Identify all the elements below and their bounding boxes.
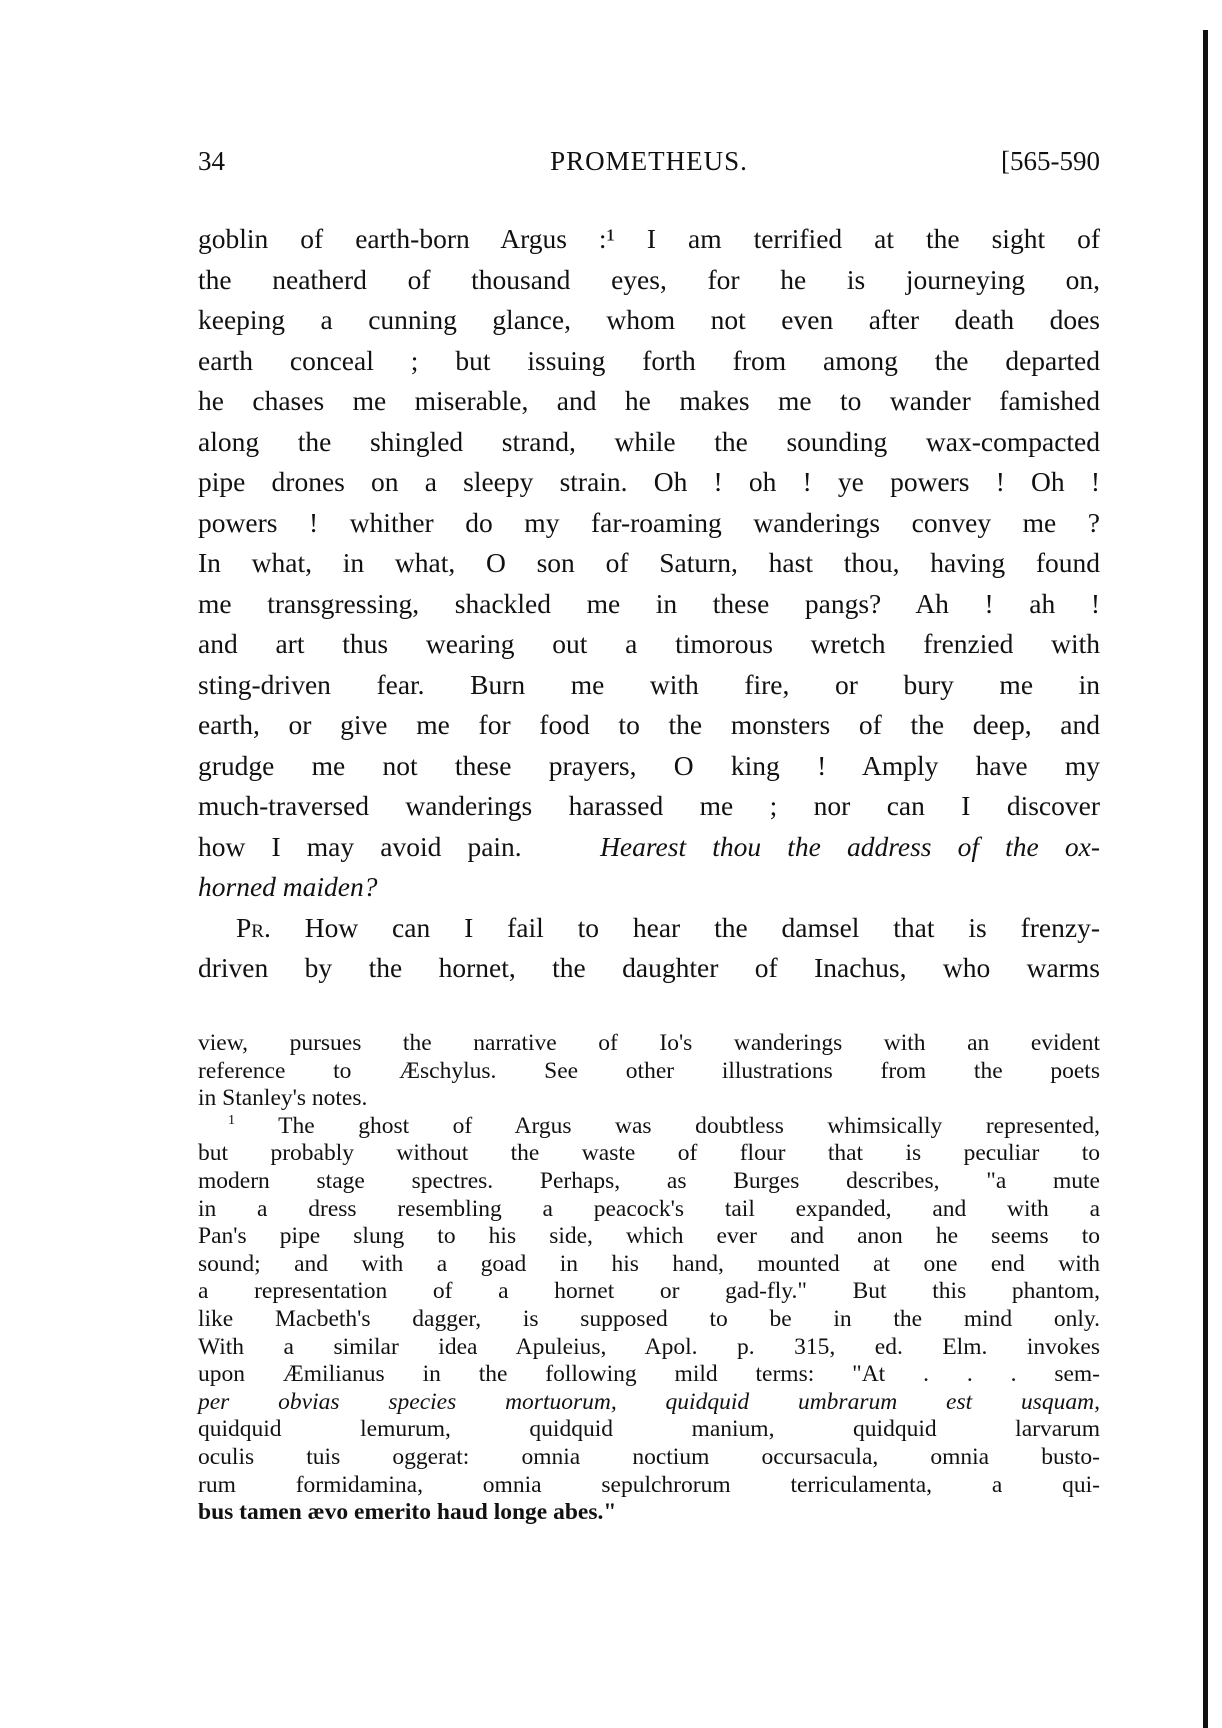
footnote-line: like Macbeth's dagger, is supposed to be… — [198, 1306, 1100, 1334]
footnote-line: view, pursues the narrative of Io's wand… — [198, 1030, 1100, 1058]
footnote-line: 1 The ghost of Argus was doubtless whims… — [198, 1113, 1100, 1141]
text-line: and art thus wearing out a timorous wret… — [198, 624, 1100, 665]
footnote-line: per obvias species mortuorum, quidquid u… — [198, 1389, 1100, 1417]
page-edge-line — [1203, 30, 1208, 1728]
main-text: goblin of earth-born Argus :¹ I am terri… — [198, 219, 1100, 989]
footnote-text: The ghost of Argus was doubtless whimsic… — [278, 1113, 1100, 1139]
text-line: me transgressing, shackled me in these p… — [198, 584, 1100, 625]
text-line: sting-driven fear. Burn me with fire, or… — [198, 665, 1100, 706]
speech-line: Pr. How can I fail to hear the damsel th… — [198, 908, 1100, 949]
footnote-line: Pan's pipe slung to his side, which ever… — [198, 1223, 1100, 1251]
footnote-line: bus tamen ævo emerito haud longe abes." — [198, 1499, 1100, 1527]
footnote-line: quidquid lemurum, quidquid manium, quidq… — [198, 1416, 1100, 1444]
text-line: much-traversed wanderings harassed me ; … — [198, 786, 1100, 827]
text-line: horned maiden? — [198, 867, 1100, 908]
text-line: along the shingled strand, while the sou… — [198, 422, 1100, 463]
footnotes: view, pursues the narrative of Io's wand… — [198, 1030, 1100, 1527]
footnote-line: but probably without the waste of flour … — [198, 1140, 1100, 1168]
speech-line: driven by the hornet, the daughter of In… — [198, 948, 1100, 989]
text-line: the neatherd of thousand eyes, for he is… — [198, 260, 1100, 301]
text-line: keeping a cunning glance, whom not even … — [198, 300, 1100, 341]
footnote-line: upon Æmilianus in the following mild ter… — [198, 1361, 1100, 1389]
speech-text: How can I fail to hear the damsel that i… — [305, 912, 1100, 943]
line-range: [565-590 — [1001, 146, 1100, 177]
text-line: he chases me miserable, and he makes me … — [198, 381, 1100, 422]
footnote-line: a representation of a hornet or gad-fly.… — [198, 1278, 1100, 1306]
footnote-line: reference to Æschylus. See other illustr… — [198, 1058, 1100, 1086]
footnote-line: modern stage spectres. Perhaps, as Burge… — [198, 1168, 1100, 1196]
footnote-line: rum formidamina, omnia sepulchrorum terr… — [198, 1472, 1100, 1500]
footnote-marker: 1 — [228, 1112, 235, 1128]
speaker-label: Pr. — [236, 912, 271, 943]
running-header: 34 PROMETHEUS. [565-590 — [198, 146, 1100, 186]
text-line: pipe drones on a sleepy strain. Oh ! oh … — [198, 462, 1100, 503]
text-line: powers ! whither do my far-roaming wande… — [198, 503, 1100, 544]
footnote-line: in a dress resembling a peacock's tail e… — [198, 1196, 1100, 1224]
text-line: grudge me not these prayers, O king ! Am… — [198, 746, 1100, 787]
text-line: earth conceal ; but issuing forth from a… — [198, 341, 1100, 382]
footnote-line: With a similar idea Apuleius, Apol. p. 3… — [198, 1334, 1100, 1362]
footnote-line: in Stanley's notes. — [198, 1085, 1100, 1113]
text-line: goblin of earth-born Argus :¹ I am terri… — [198, 219, 1100, 260]
text-segment: how I may avoid pain. — [198, 831, 522, 862]
footnote-line: oculis tuis oggerat: omnia noctium occur… — [198, 1444, 1100, 1472]
italic-question: Hearest thou the address of the ox- — [600, 831, 1100, 862]
book-page: 34 PROMETHEUS. [565-590 goblin of earth-… — [0, 0, 1222, 1728]
text-line: how I may avoid pain. Hearest thou the a… — [198, 827, 1100, 868]
text-line: earth, or give me for food to the monste… — [198, 705, 1100, 746]
footnote-line: sound; and with a goad in his hand, moun… — [198, 1251, 1100, 1279]
text-line: In what, in what, O son of Saturn, hast … — [198, 543, 1100, 584]
running-title: PROMETHEUS. — [198, 146, 1100, 177]
